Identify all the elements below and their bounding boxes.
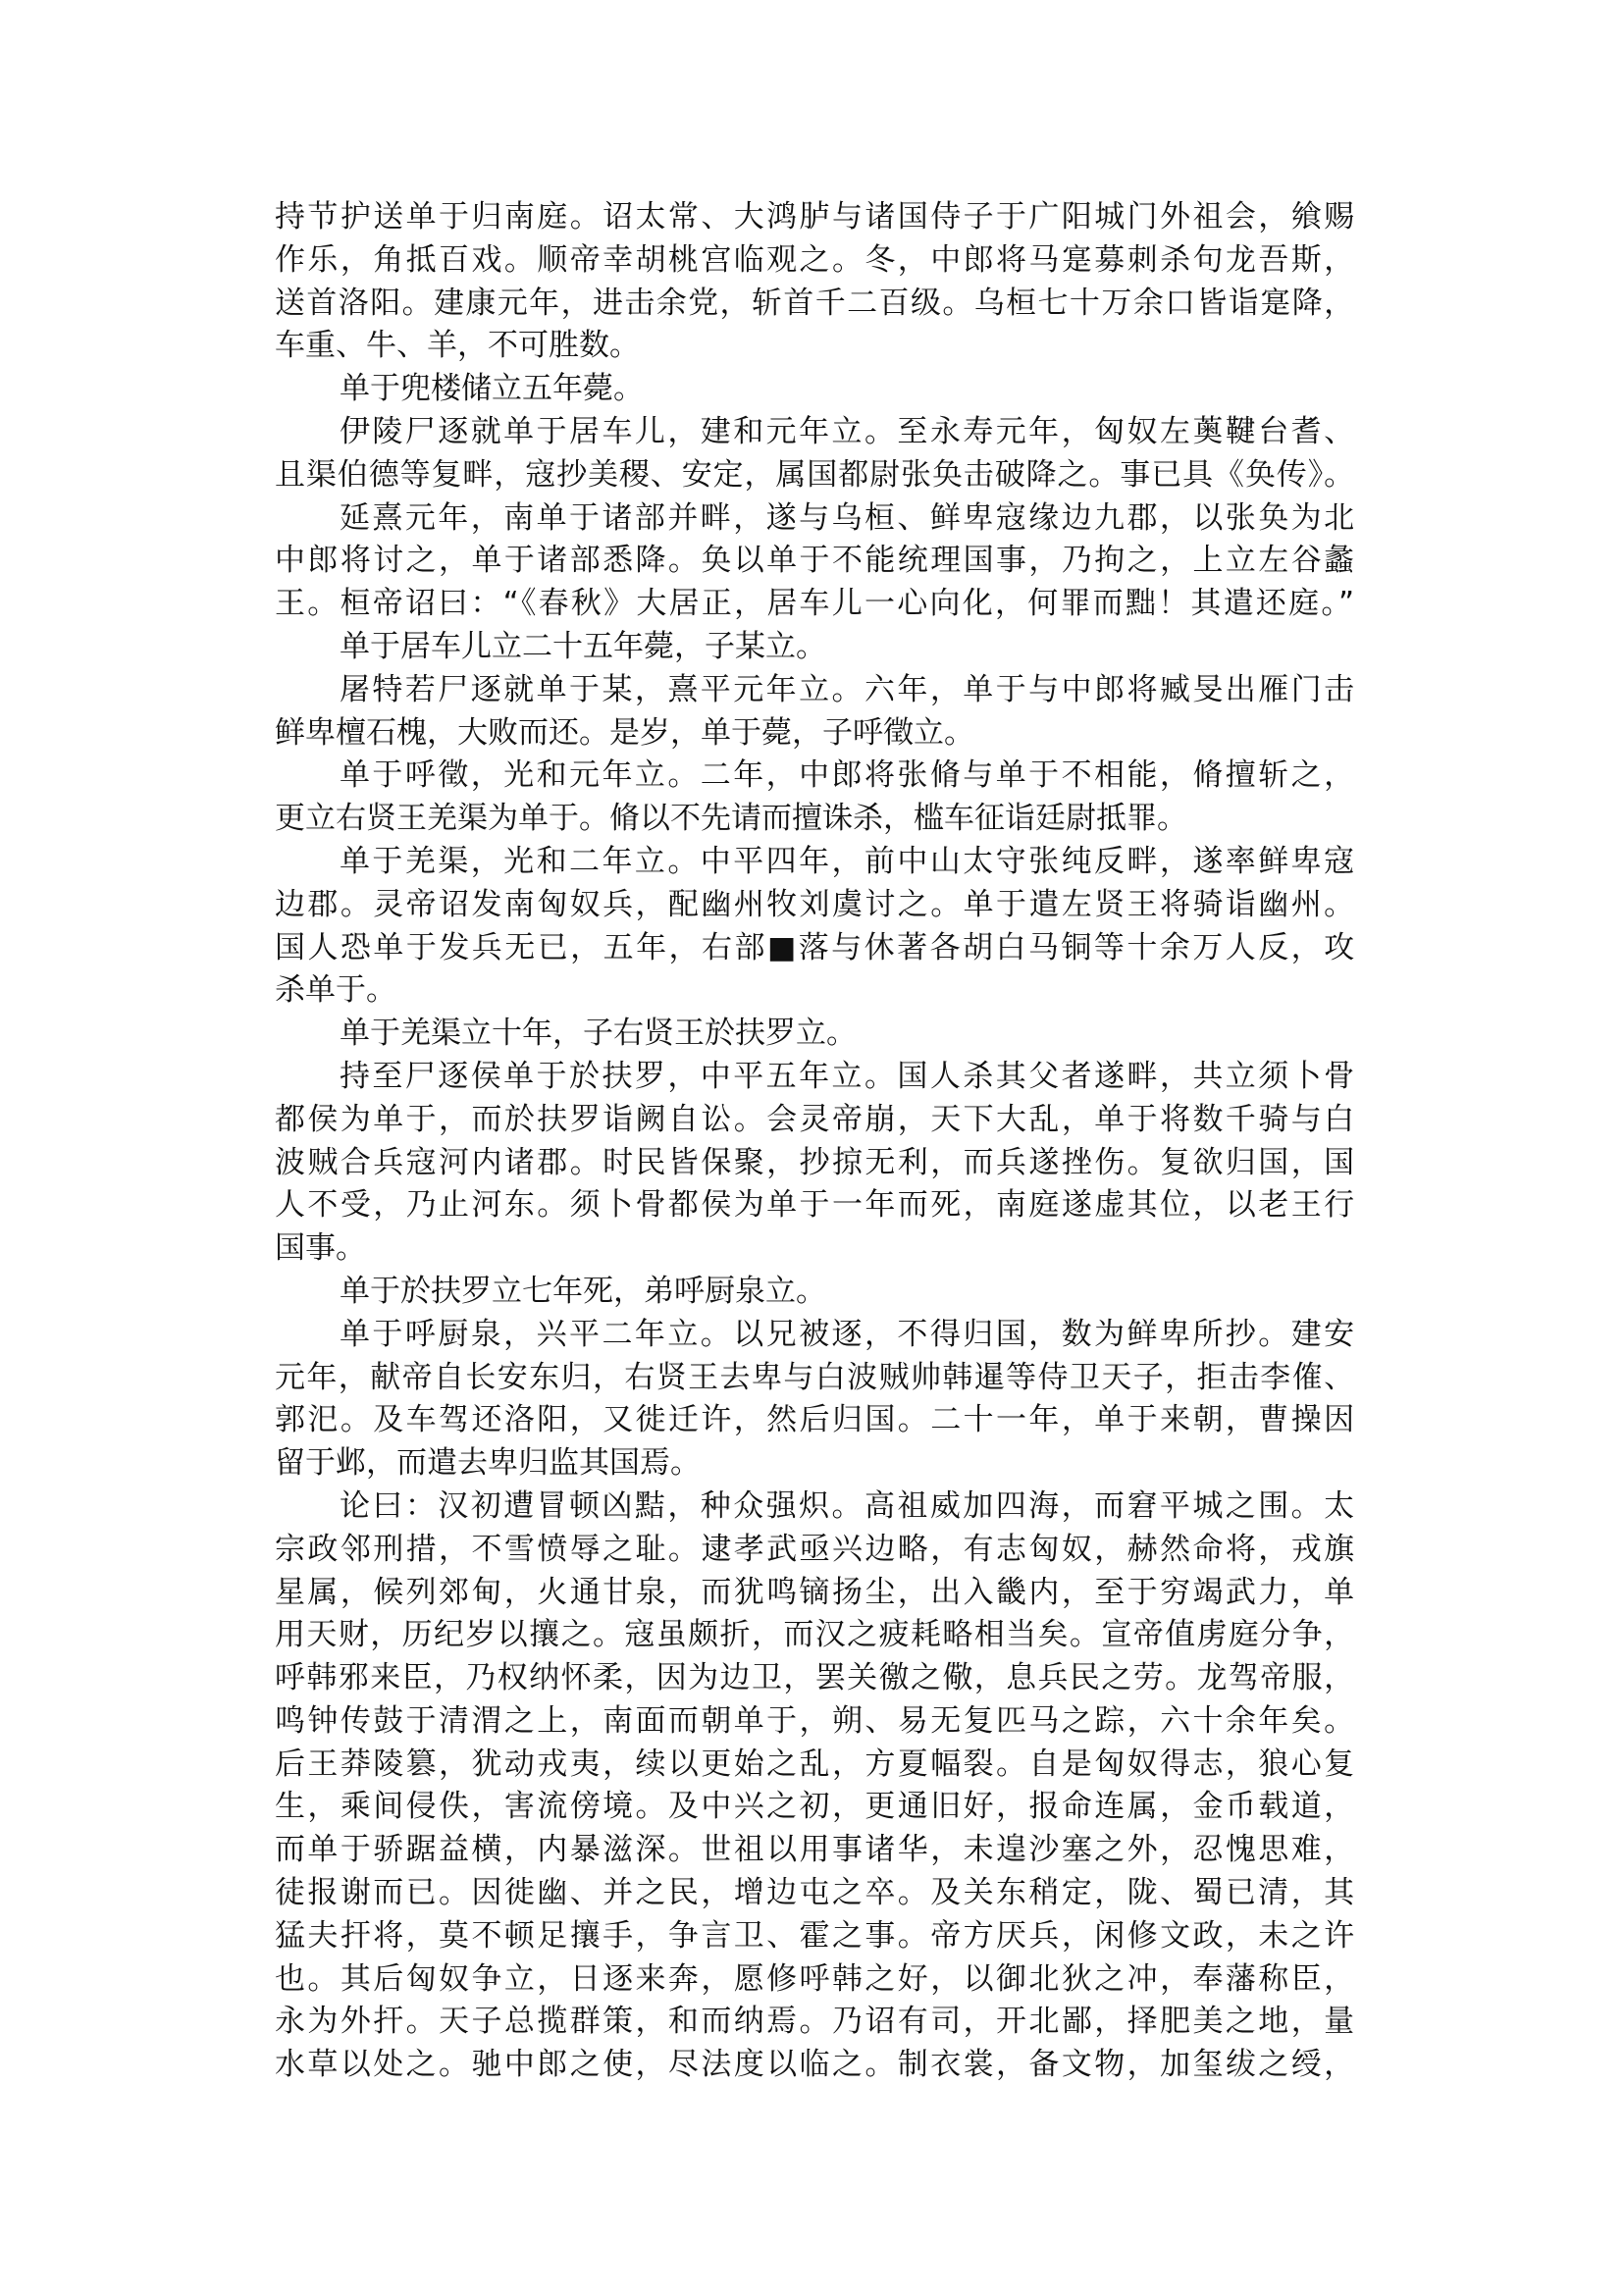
text-line: 屠特若尸逐就单于某，熹平元年立。六年，单于与中郎将臧旻出雁门击 bbox=[275, 669, 1354, 712]
text-line: 王。桓帝诏曰：“《春秋》大居正，居车儿一心向化，何罪而黜！其遣还庭。” bbox=[275, 583, 1354, 626]
text-line: 波贼合兵寇河内诸郡。时民皆保聚，抄掠无利，而兵遂挫伤。复欲归国，国 bbox=[275, 1142, 1354, 1185]
text-line: 用天财，历纪岁以攘之。寇虽颇折，而汉之疲耗略相当矣。宣帝值虏庭分争， bbox=[275, 1614, 1354, 1657]
text-line: 持节护送单于归南庭。诏太常、大鸿胪与诸国侍子于广阳城门外祖会，飨赐 bbox=[275, 196, 1354, 239]
text-line: 持至尸逐侯单于於扶罗，中平五年立。国人杀其父者遂畔，共立须卜骨 bbox=[275, 1056, 1354, 1099]
text-line: 国人恐单于发兵无已，五年，右部■落与休著各胡白马铜等十余万人反，攻 bbox=[275, 927, 1354, 970]
text-line: 边郡。灵帝诏发南匈奴兵，配幽州牧刘虞讨之。单于遣左贤王将骑诣幽州。 bbox=[275, 884, 1354, 927]
text-line: 且渠伯德等复畔，寇抄美稷、安定，属国都尉张奂击破降之。事已具《奂传》。 bbox=[275, 454, 1354, 497]
text-line: 呼韩邪来臣，乃权纳怀柔，因为边卫，罢关徼之儆，息兵民之劳。龙驾帝服， bbox=[275, 1657, 1354, 1700]
text-line: 留于邺，而遣去卑归监其国焉。 bbox=[275, 1442, 1354, 1486]
text-line: 鲜卑檀石槐，大败而还。是岁，单于薨，子呼徵立。 bbox=[275, 712, 1354, 756]
text-line: 猛夫扞将，莫不顿足攘手，争言卫、霍之事。帝方厌兵，闲修文政，未之许 bbox=[275, 1915, 1354, 1958]
text-line: 单于呼徵，光和元年立。二年，中郎将张脩与单于不相能，脩擅斩之， bbox=[275, 755, 1354, 798]
text-line: 生，乘间侵佚，害流傍境。及中兴之初，更通旧好，报命连属，金币载道， bbox=[275, 1786, 1354, 1829]
body-text: 持节护送单于归南庭。诏太常、大鸿胪与诸国侍子于广阳城门外祖会，飨赐作乐，角抵百戏… bbox=[275, 196, 1354, 2087]
text-line: 永为外扞。天子总揽群策，和而纳焉。乃诏有司，开北鄙，择肥美之地，量 bbox=[275, 2001, 1354, 2044]
text-line: 人不受，乃止河东。须卜骨都侯为单于一年而死，南庭遂虚其位，以老王行 bbox=[275, 1184, 1354, 1227]
text-line: 宗政邻刑措，不雪愤辱之耻。逮孝武亟兴边略，有志匈奴，赫然命将，戎旗 bbox=[275, 1529, 1354, 1572]
document-page: 持节护送单于归南庭。诏太常、大鸿胪与诸国侍子于广阳城门外祖会，飨赐作乐，角抵百戏… bbox=[0, 0, 1624, 2294]
text-line: 单于羌渠，光和二年立。中平四年，前中山太守张纯反畔，遂率鲜卑寇 bbox=[275, 841, 1354, 884]
text-line: 星属，候列郊甸，火通甘泉，而犹鸣镝扬尘，出入畿内，至于穷竭武力，单 bbox=[275, 1572, 1354, 1615]
text-line: 单于羌渠立十年，子右贤王於扶罗立。 bbox=[275, 1013, 1354, 1056]
text-line: 国事。 bbox=[275, 1227, 1354, 1271]
text-line: 元年，献帝自长安东归，右贤王去卑与白波贼帅韩暹等侍卫天子，拒击李傕、 bbox=[275, 1357, 1354, 1400]
text-line: 中郎将讨之，单于诸部悉降。奂以单于不能统理国事，乃拘之，上立左谷蠡 bbox=[275, 540, 1354, 583]
text-line: 也。其后匈奴争立，日逐来奔，愿修呼韩之好，以御北狄之冲，奉藩称臣， bbox=[275, 1958, 1354, 2002]
text-line: 伊陵尸逐就单于居车儿，建和元年立。至永寿元年，匈奴左薁鞬台耆、 bbox=[275, 411, 1354, 454]
text-line: 更立右贤王羌渠为单于。脩以不先请而擅诛杀，槛车征诣廷尉抵罪。 bbox=[275, 798, 1354, 841]
text-line: 车重、牛、羊，不可胜数。 bbox=[275, 325, 1354, 368]
text-line: 徒报谢而已。因徙幽、并之民，增边屯之卒。及关东稍定，陇、蜀已清，其 bbox=[275, 1872, 1354, 1915]
text-line: 郭汜。及车驾还洛阳，又徙迁许，然后归国。二十一年，单于来朝，曹操因 bbox=[275, 1399, 1354, 1442]
text-line: 鸣钟传鼓于清渭之上，南面而朝单于，朔、易无复匹马之踪，六十余年矣。 bbox=[275, 1700, 1354, 1744]
text-line: 单于呼厨泉，兴平二年立。以兄被逐，不得归国，数为鲜卑所抄。建安 bbox=[275, 1314, 1354, 1357]
text-line: 送首洛阳。建康元年，进击余党，斩首千二百级。乌桓七十万余口皆诣寔降， bbox=[275, 283, 1354, 326]
text-line: 单于兜楼储立五年薨。 bbox=[275, 368, 1354, 411]
text-line: 单于居车儿立二十五年薨，子某立。 bbox=[275, 626, 1354, 669]
text-line: 论曰：汉初遭冒顿凶黠，种众强炽。高祖威加四海，而窘平城之围。太 bbox=[275, 1486, 1354, 1529]
text-line: 而单于骄踞益横，内暴滋深。世祖以用事诸华，未遑沙塞之外，忍愧思难， bbox=[275, 1829, 1354, 1872]
text-line: 杀单于。 bbox=[275, 969, 1354, 1013]
text-line: 单于於扶罗立七年死，弟呼厨泉立。 bbox=[275, 1271, 1354, 1314]
text-line: 都侯为单于，而於扶罗诣阙自讼。会灵帝崩，天下大乱，单于将数千骑与白 bbox=[275, 1099, 1354, 1142]
text-line: 延熹元年，南单于诸部并畔，遂与乌桓、鲜卑寇缘边九郡，以张奂为北 bbox=[275, 497, 1354, 541]
text-line: 后王莽陵篡，犹动戎夷，续以更始之乱，方夏幅裂。自是匈奴得志，狼心复 bbox=[275, 1744, 1354, 1787]
text-line: 作乐，角抵百戏。顺帝幸胡桃宫临观之。冬，中郎将马寔募刺杀句龙吾斯， bbox=[275, 239, 1354, 283]
text-line: 水草以处之。驰中郎之使，尽法度以临之。制衣裳，备文物，加玺绂之绶， bbox=[275, 2044, 1354, 2087]
